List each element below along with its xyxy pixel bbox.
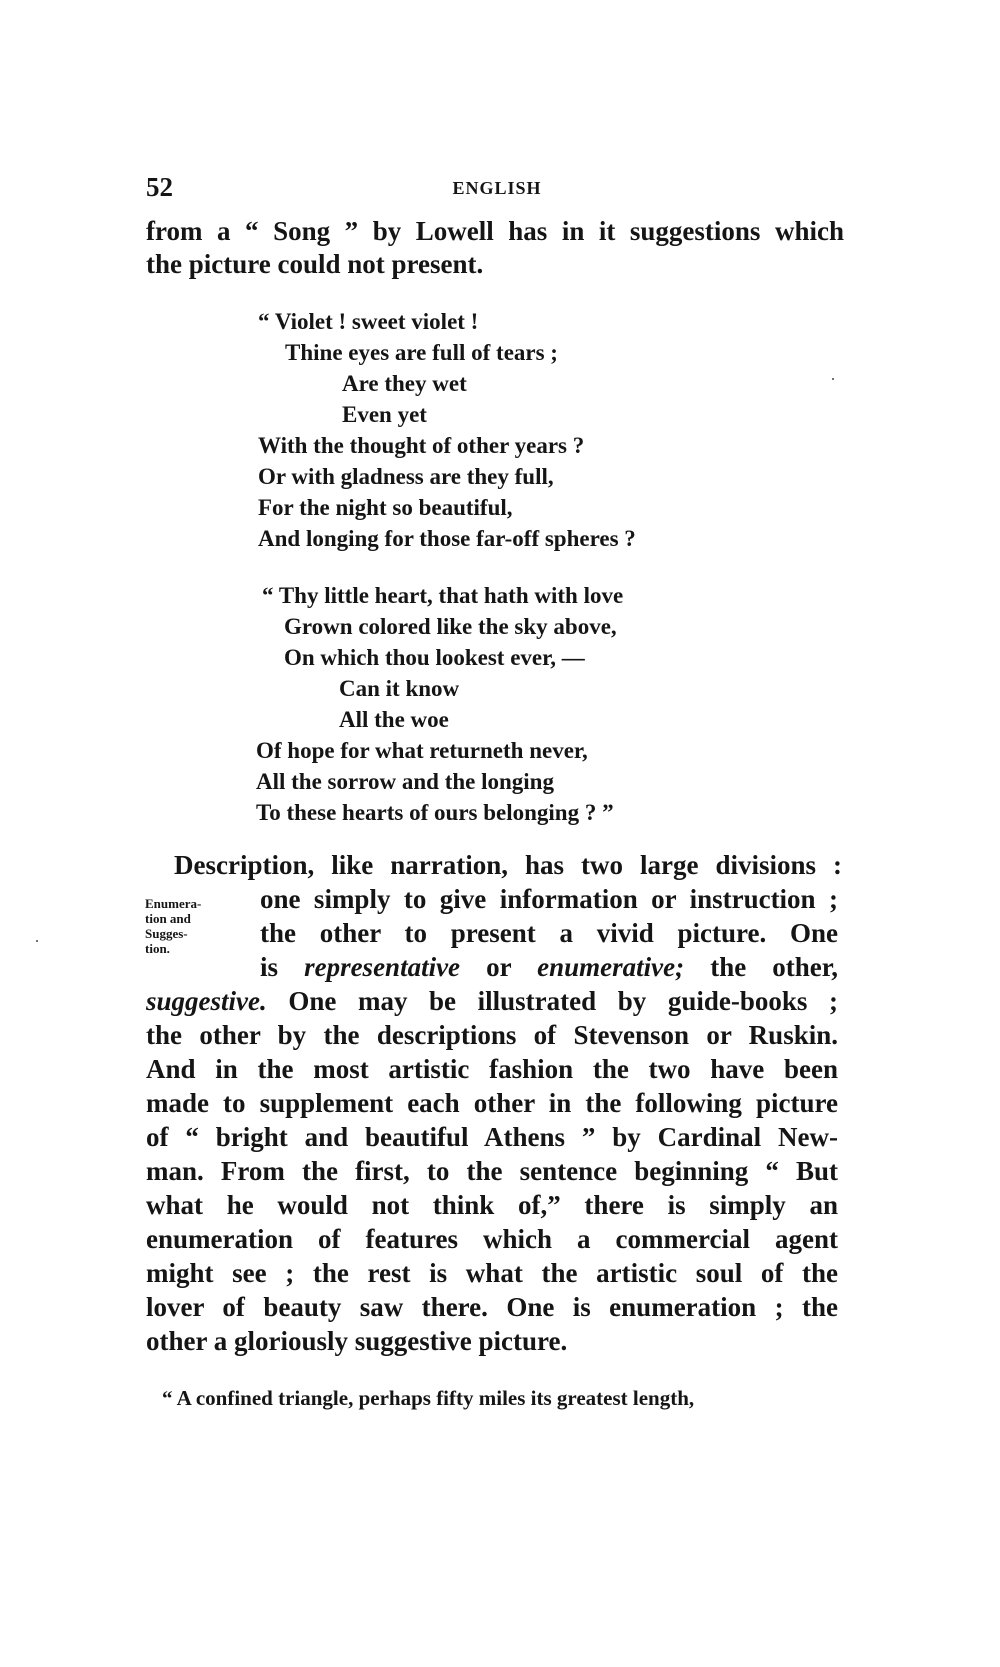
poem-line: Grown colored like the sky above, [284, 614, 617, 640]
body-line: the other to present a vivid picture. On… [260, 918, 838, 949]
poem-line: Thine eyes are full of tears ; [285, 340, 558, 366]
intro-line: the picture could not present. [146, 249, 483, 280]
body-line: made to supplement each other in the fol… [146, 1088, 838, 1119]
running-head: ENGLISH [146, 178, 848, 199]
body-line: enumeration of features which a commerci… [146, 1224, 838, 1255]
body-line: is representative or enumerative; the ot… [260, 952, 838, 983]
emphasis-enumerative: enumerative; [537, 952, 684, 982]
emphasis-suggestive: suggestive. [146, 986, 267, 1016]
scan-speck [36, 940, 38, 942]
margin-note: Enumera- tion and Sugges- tion. [145, 896, 201, 956]
poem-line: Of hope for what returneth never, [256, 738, 588, 764]
poem-line: All the woe [339, 707, 449, 733]
poem-line: “ Violet ! sweet violet ! [258, 309, 478, 335]
body-line: one simply to give information or instru… [260, 884, 838, 915]
intro-line: from a “ Song ” by Lowell has in it sugg… [146, 216, 844, 247]
poem-line: To these hearts of ours belonging ? ” [256, 800, 614, 826]
margin-note-line: Enumera- [145, 896, 201, 911]
body-line: suggestive. One may be illustrated by gu… [146, 986, 838, 1017]
emphasis-representative: representative [304, 952, 460, 982]
body-line: what he would not think of,” there is si… [146, 1190, 838, 1221]
poem-line: “ Thy little heart, that hath with love [262, 583, 623, 609]
book-page: 52 ENGLISH from a “ Song ” by Lowell has… [0, 0, 1000, 1667]
margin-note-line: tion and [145, 911, 201, 926]
body-line: other a gloriously suggestive picture. [146, 1326, 567, 1357]
body-line: of “ bright and beautiful Athens ” by Ca… [146, 1122, 838, 1153]
body-line: lover of beauty saw there. One is enumer… [146, 1292, 838, 1323]
poem-line: Even yet [342, 402, 427, 428]
scan-speck [832, 378, 834, 380]
block-quote-line: “ A confined triangle, perhaps fifty mil… [162, 1386, 694, 1411]
poem-line: Or with gladness are they full, [258, 464, 554, 490]
poem-line: And longing for those far-off spheres ? [258, 526, 636, 552]
body-line: Description, like narration, has two lar… [174, 850, 842, 881]
poem-line: On which thou lookest ever, — [284, 645, 585, 671]
body-line: the other by the descriptions of Stevens… [146, 1020, 838, 1051]
margin-note-line: Sugges- [145, 926, 201, 941]
poem-line: For the night so beautiful, [258, 495, 513, 521]
body-line: might see ; the rest is what the artisti… [146, 1258, 838, 1289]
poem-line: With the thought of other years ? [258, 433, 584, 459]
poem-line: Are they wet [342, 371, 467, 397]
poem-line: All the sorrow and the longing [256, 769, 554, 795]
page-header: 52 ENGLISH [146, 172, 848, 202]
body-line: And in the most artistic fashion the two… [146, 1054, 838, 1085]
body-line: man. From the first, to the sentence beg… [146, 1156, 838, 1187]
poem-line: Can it know [339, 676, 459, 702]
margin-note-line: tion. [145, 941, 201, 956]
